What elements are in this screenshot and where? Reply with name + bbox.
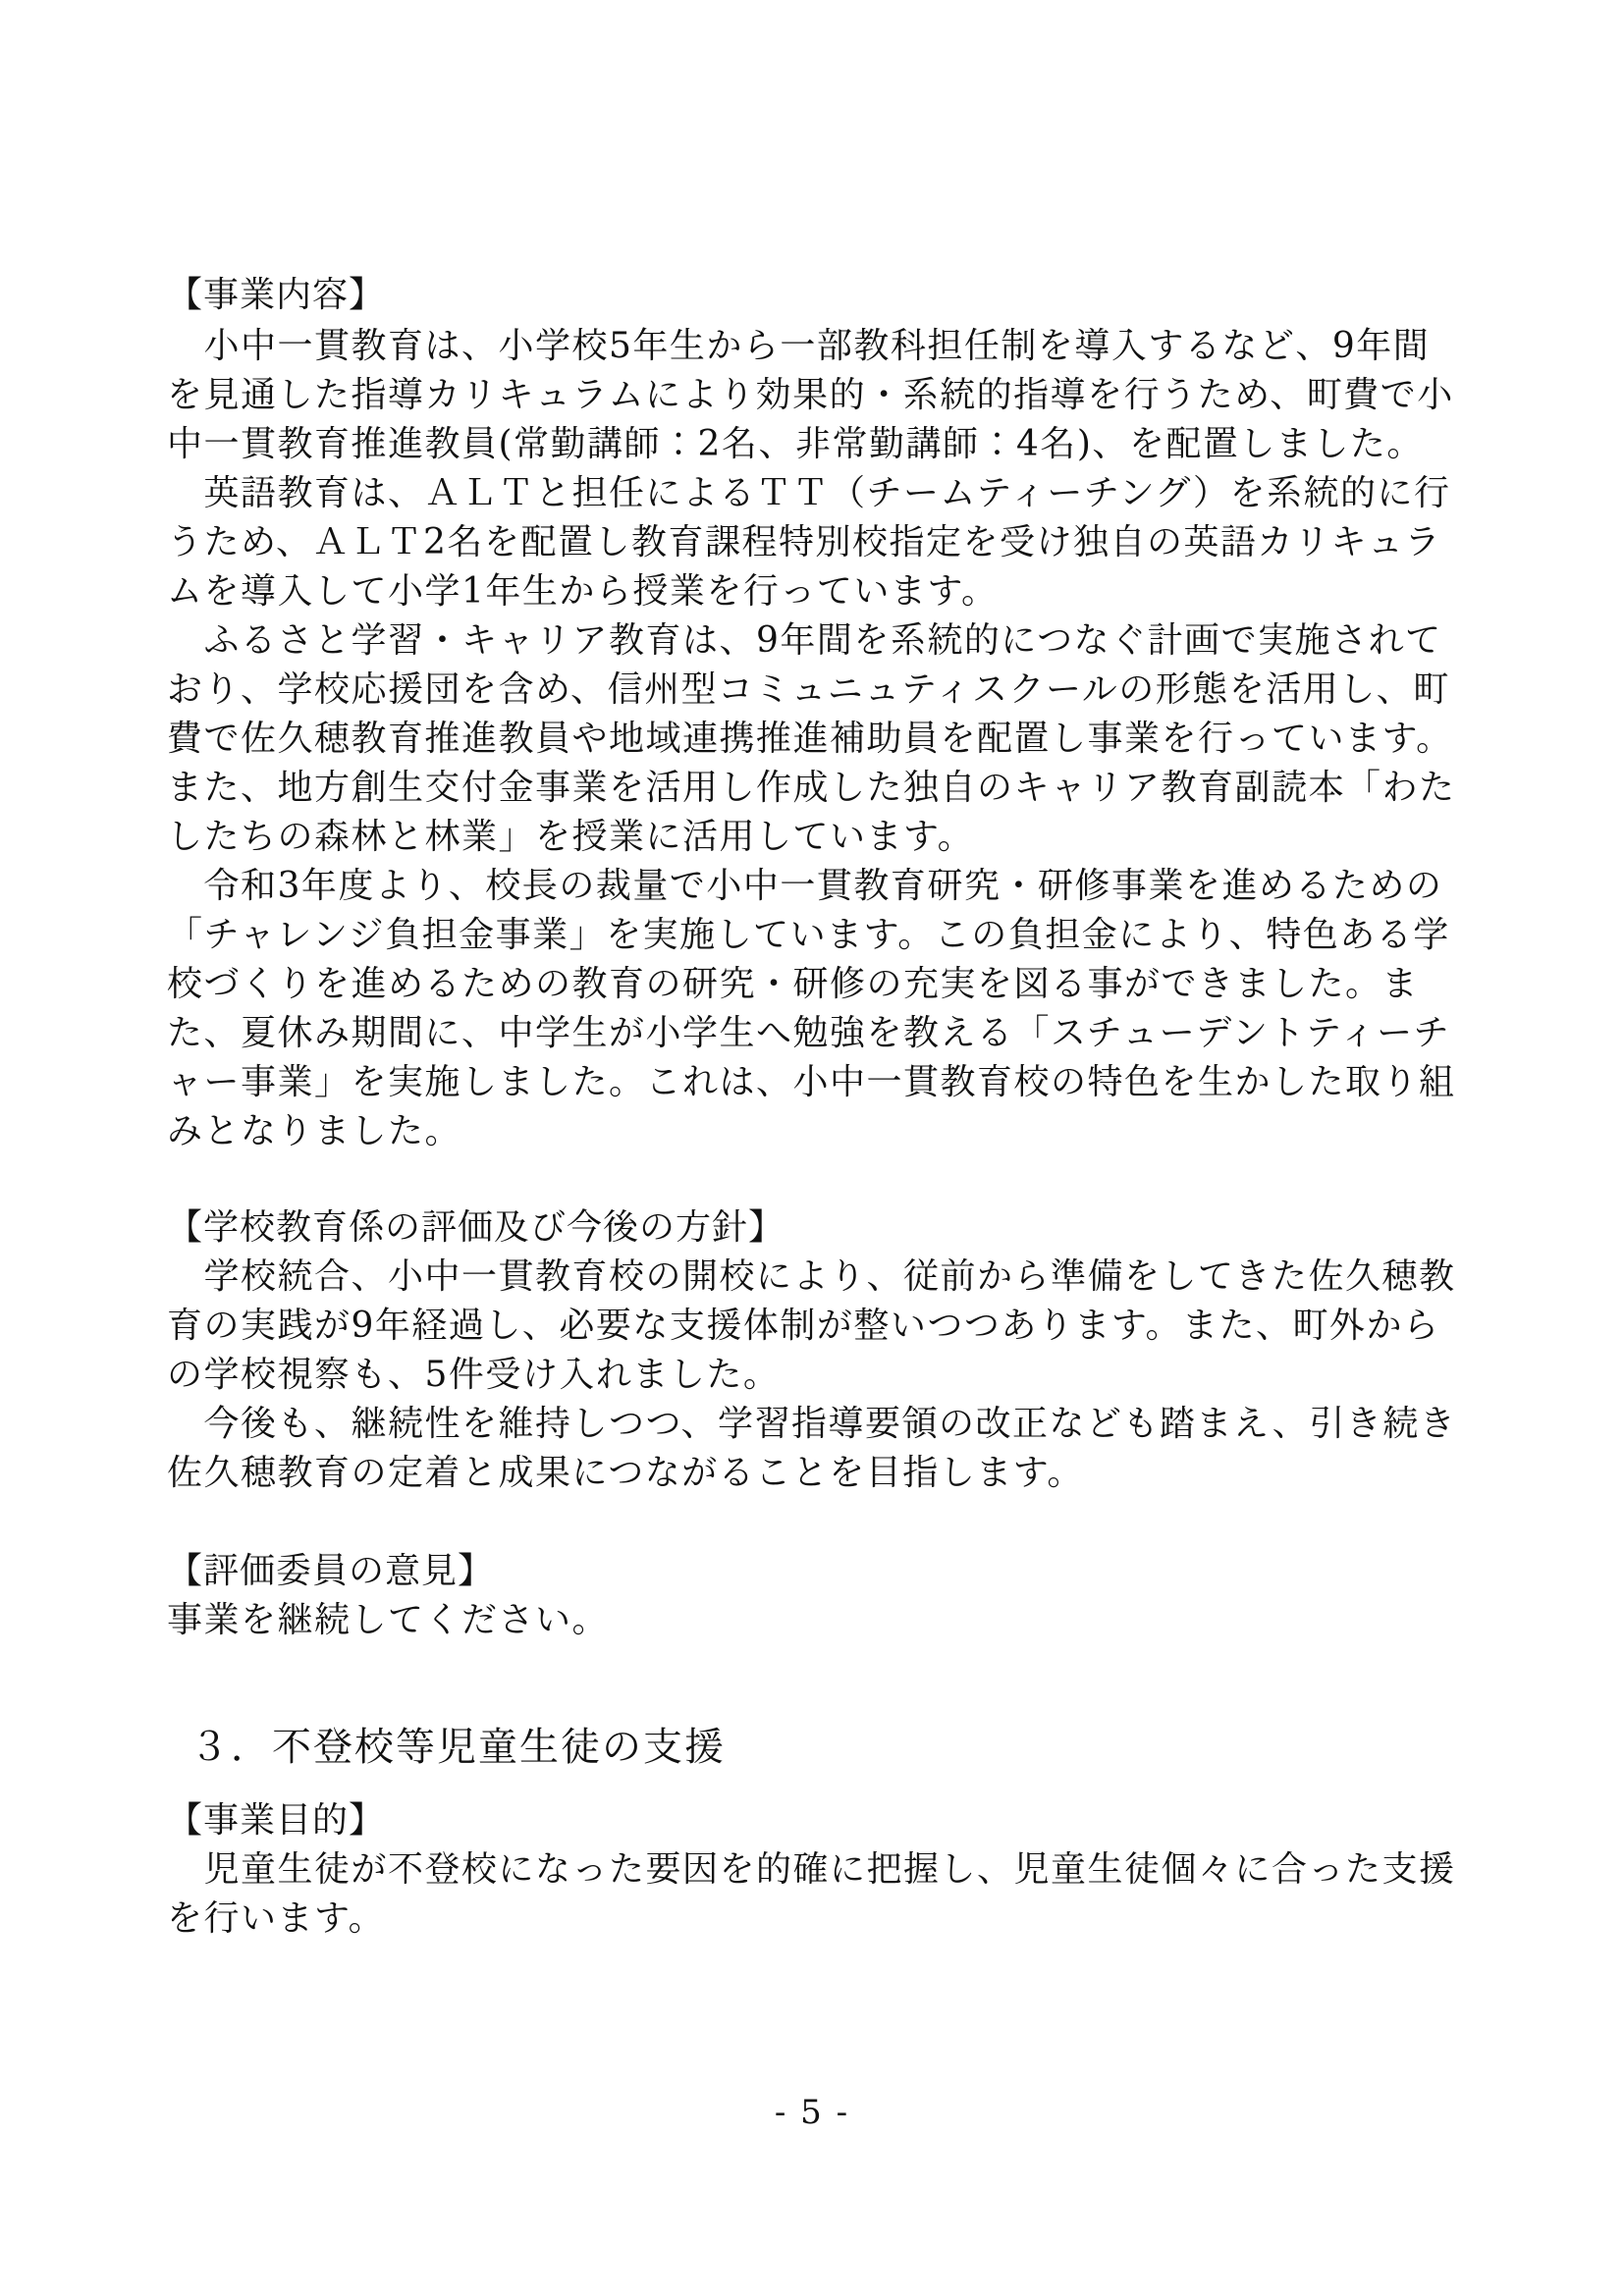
text-line: ムを導入して小学1年生から授業を行っています。 (167, 567, 1473, 616)
text-line: を行います。 (167, 1895, 1473, 1944)
text-line: た、夏休み期間に、中学生が小学生へ勉強を教える「スチューデントティーチ (167, 1009, 1473, 1058)
text-line: したちの森林と林業」を授業に活用しています。 (167, 813, 1473, 862)
paragraph-committee-opinion: 事業を継続してください。 (167, 1596, 1473, 1645)
text-line: の学校視察も、5件受け入れました。 (167, 1351, 1473, 1400)
text-line: 小中一貫教育は、小学校5年生から一部教科担任制を導入するなど、9年間 (167, 322, 1473, 371)
text-line: また、地方創生交付金事業を活用し作成した独自のキャリア教育副読本「わた (167, 764, 1473, 813)
paragraph-evaluation-policy: 学校統合、小中一貫教育校の開校により、従前から準備をしてきた佐久穂教 育の実践が… (167, 1253, 1473, 1498)
text-line: 中一貫教育推進教員(常勤講師：2名、非常勤講師：4名)、を配置しました。 (167, 420, 1473, 469)
text-line: ャー事業」を実施しました。これは、小中一貫教育校の特色を生かした取り組 (167, 1058, 1473, 1107)
paragraph-business-content: 小中一貫教育は、小学校5年生から一部教科担任制を導入するなど、9年間 を見通した… (167, 322, 1473, 1156)
document-page: 【事業内容】 小中一貫教育は、小学校5年生から一部教科担任制を導入するなど、9年… (0, 0, 1624, 2296)
text-line: 児童生徒が不登校になった要因を的確に把握し、児童生徒個々に合った支援 (167, 1845, 1473, 1895)
page-number: - 5 - (0, 2093, 1624, 2132)
text-line: 育の実践が9年経過し、必要な支援体制が整いつつあります。また、町外から (167, 1302, 1473, 1351)
text-line: 「チャレンジ負担金事業」を実施しています。この負担金により、特色ある学 (167, 911, 1473, 960)
text-line: 今後も、継続性を維持しつつ、学習指導要領の改正なども踏まえ、引き続き (167, 1400, 1473, 1449)
heading-evaluation-policy: 【学校教育係の評価及び今後の方針】 (167, 1203, 1473, 1253)
section-title-school-refusal-support: ３．不登校等児童生徒の支援 (189, 1720, 1495, 1775)
text-line: 学校統合、小中一貫教育校の開校により、従前から準備をしてきた佐久穂教 (167, 1253, 1473, 1302)
text-line: おり、学校応援団を含め、信州型コミュニュティスクールの形態を活用し、町 (167, 666, 1473, 715)
paragraph-business-purpose: 児童生徒が不登校になった要因を的確に把握し、児童生徒個々に合った支援 を行います… (167, 1845, 1473, 1944)
heading-committee-opinion: 【評価委員の意見】 (167, 1547, 1473, 1596)
text-line: 費で佐久穂教育推進教員や地域連携推進補助員を配置し事業を行っています。 (167, 715, 1473, 764)
text-line: を見通した指導カリキュラムにより効果的・系統的指導を行うため、町費で小 (167, 371, 1473, 420)
text-line: ふるさと学習・キャリア教育は、9年間を系統的につなぐ計画で実施されて (167, 616, 1473, 666)
heading-business-content: 【事業内容】 (167, 271, 1473, 320)
text-line: 校づくりを進めるための教育の研究・研修の充実を図る事ができました。ま (167, 960, 1473, 1009)
text-line: 佐久穂教育の定着と成果につながることを目指します。 (167, 1449, 1473, 1498)
text-line: うため、ＡＬＴ2名を配置し教育課程特別校指定を受け独自の英語カリキュラ (167, 518, 1473, 567)
text-line: 英語教育は、ＡＬＴと担任によるＴＴ（チームティーチング）を系統的に行 (167, 469, 1473, 518)
text-line: 令和3年度より、校長の裁量で小中一貫教育研究・研修事業を進めるための (167, 862, 1473, 911)
heading-business-purpose: 【事業目的】 (167, 1796, 1473, 1845)
text-line: 事業を継続してください。 (167, 1596, 1473, 1645)
text-line: みとなりました。 (167, 1107, 1473, 1156)
